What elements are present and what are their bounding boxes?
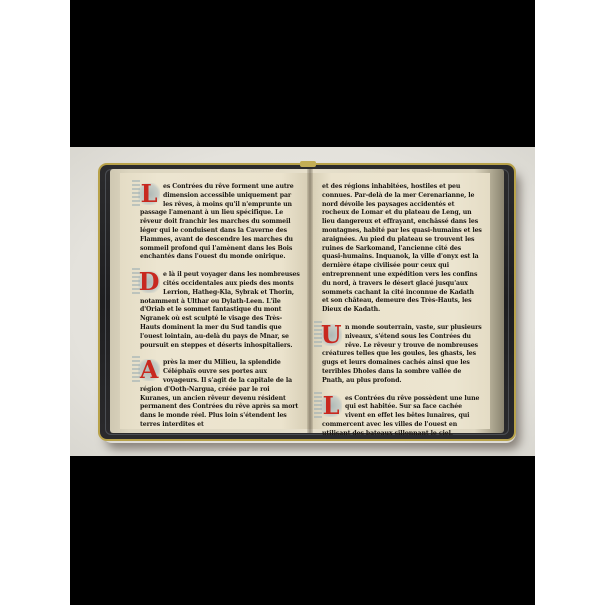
book-gutter [307, 169, 313, 433]
paragraph: et des régions inhabitées, hostiles et p… [322, 183, 482, 315]
paragraph: Les Contrées du rêve possèdent une lune … [322, 395, 482, 439]
paragraph: Un monde souterrain, vaste, sur plusieur… [322, 324, 482, 386]
right-page: et des régions inhabitées, hostiles et p… [310, 173, 490, 429]
illuminated-dropcap: L [320, 395, 342, 417]
illuminated-dropcap: A [138, 359, 160, 381]
paragraph-text: es Contrées du rêve possèdent une lune q… [322, 395, 479, 437]
illuminated-dropcap: D [138, 271, 160, 293]
book-photo: Les Contrées du rêve forment une autre d… [70, 147, 535, 456]
paragraph-text: es Contrées du rêve forment une autre di… [140, 183, 294, 260]
paragraph-text: près la mer du Milieu, la splendide Célé… [140, 359, 298, 428]
paragraph-text: e là il peut voyager dans les nombreuses… [140, 271, 300, 348]
paragraph: De là il peut voyager dans les nombreuse… [140, 271, 300, 350]
spine-clasp [300, 161, 316, 167]
paragraph-text: n monde souterrain, vaste, sur plusieurs… [322, 324, 482, 384]
paragraph: Après la mer du Milieu, la splendide Cél… [140, 359, 300, 429]
paragraph-text: et des régions inhabitées, hostiles et p… [322, 183, 482, 313]
illuminated-dropcap: U [320, 324, 342, 346]
illuminated-dropcap: L [138, 183, 160, 205]
paragraph: Les Contrées du rêve forment une autre d… [140, 183, 300, 262]
left-page: Les Contrées du rêve forment une autre d… [120, 173, 310, 429]
